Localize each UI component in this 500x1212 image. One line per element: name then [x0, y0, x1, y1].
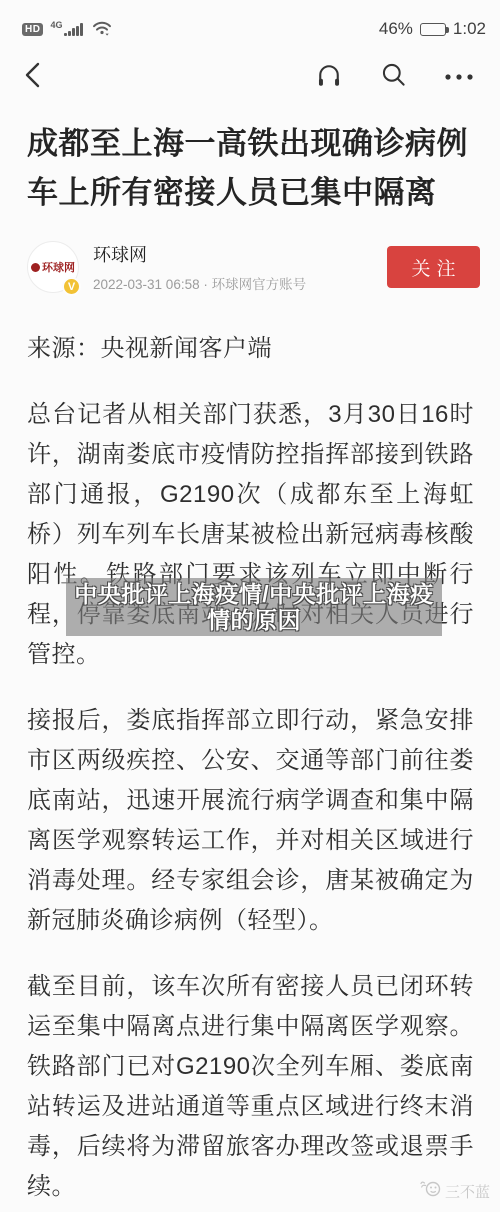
- author-name[interactable]: 环球网: [93, 241, 306, 267]
- article-paragraph: 接报后，娄底指挥部立即行动，紧急安排市区两级疾控、公安、交通等部门前往娄底南站，…: [27, 701, 474, 941]
- article-body: 来源：央视新闻客户端 总台记者从相关部门获悉，3月30日16时许，湖南娄底市疫情…: [27, 329, 474, 1207]
- follow-button[interactable]: 关注: [387, 246, 480, 288]
- keyword-overlay-watermark: 中央批评上海疫情/中央批评上海疫情的原因: [66, 578, 442, 636]
- more-icon: [444, 69, 474, 84]
- search-button[interactable]: [380, 61, 407, 91]
- author-row: 环球网 V 环球网 2022-03-31 06:58 · 环球网官方账号 关注: [27, 241, 480, 293]
- status-left: HD 4G: [22, 19, 112, 40]
- listen-button[interactable]: [315, 61, 343, 92]
- doodle-face-icon: [420, 1180, 442, 1202]
- headphones-icon: [315, 61, 343, 92]
- publish-meta: 2022-03-31 06:58 · 环球网官方账号: [93, 273, 306, 293]
- footer-watermark-text: 三不蓝: [445, 1181, 490, 1202]
- verified-badge-icon: V: [62, 277, 81, 296]
- status-bar: HD 4G 46% 1:02: [0, 0, 500, 45]
- signal-strength-icon: [64, 23, 84, 36]
- footer-watermark: 三不蓝: [420, 1180, 490, 1202]
- nav-actions: [315, 61, 478, 92]
- status-right: 46% 1:02: [379, 19, 486, 39]
- back-icon: [22, 61, 44, 92]
- wifi-icon: [92, 20, 112, 41]
- back-button[interactable]: [22, 61, 44, 92]
- article-title: 成都至上海一高铁出现确诊病例 车上所有密接人员已集中隔离: [27, 119, 473, 217]
- author-avatar[interactable]: 环球网 V: [27, 241, 79, 293]
- clock: 1:02: [453, 19, 486, 39]
- nav-bar: [0, 45, 500, 107]
- hd-icon: HD: [22, 23, 43, 36]
- article-paragraph: 截至目前，该车次所有密接人员已闭环转运至集中隔离点进行集中隔离医学观察。铁路部门…: [27, 967, 474, 1207]
- author-info: 环球网 2022-03-31 06:58 · 环球网官方账号: [93, 241, 306, 293]
- more-button[interactable]: [444, 69, 474, 84]
- search-icon: [380, 61, 407, 91]
- source-line: 来源：央视新闻客户端: [27, 329, 474, 369]
- battery-percent: 46%: [379, 19, 413, 39]
- network-type-label: 4G: [50, 20, 62, 30]
- huanqiu-logo: 环球网: [31, 259, 75, 275]
- battery-icon: [420, 23, 446, 36]
